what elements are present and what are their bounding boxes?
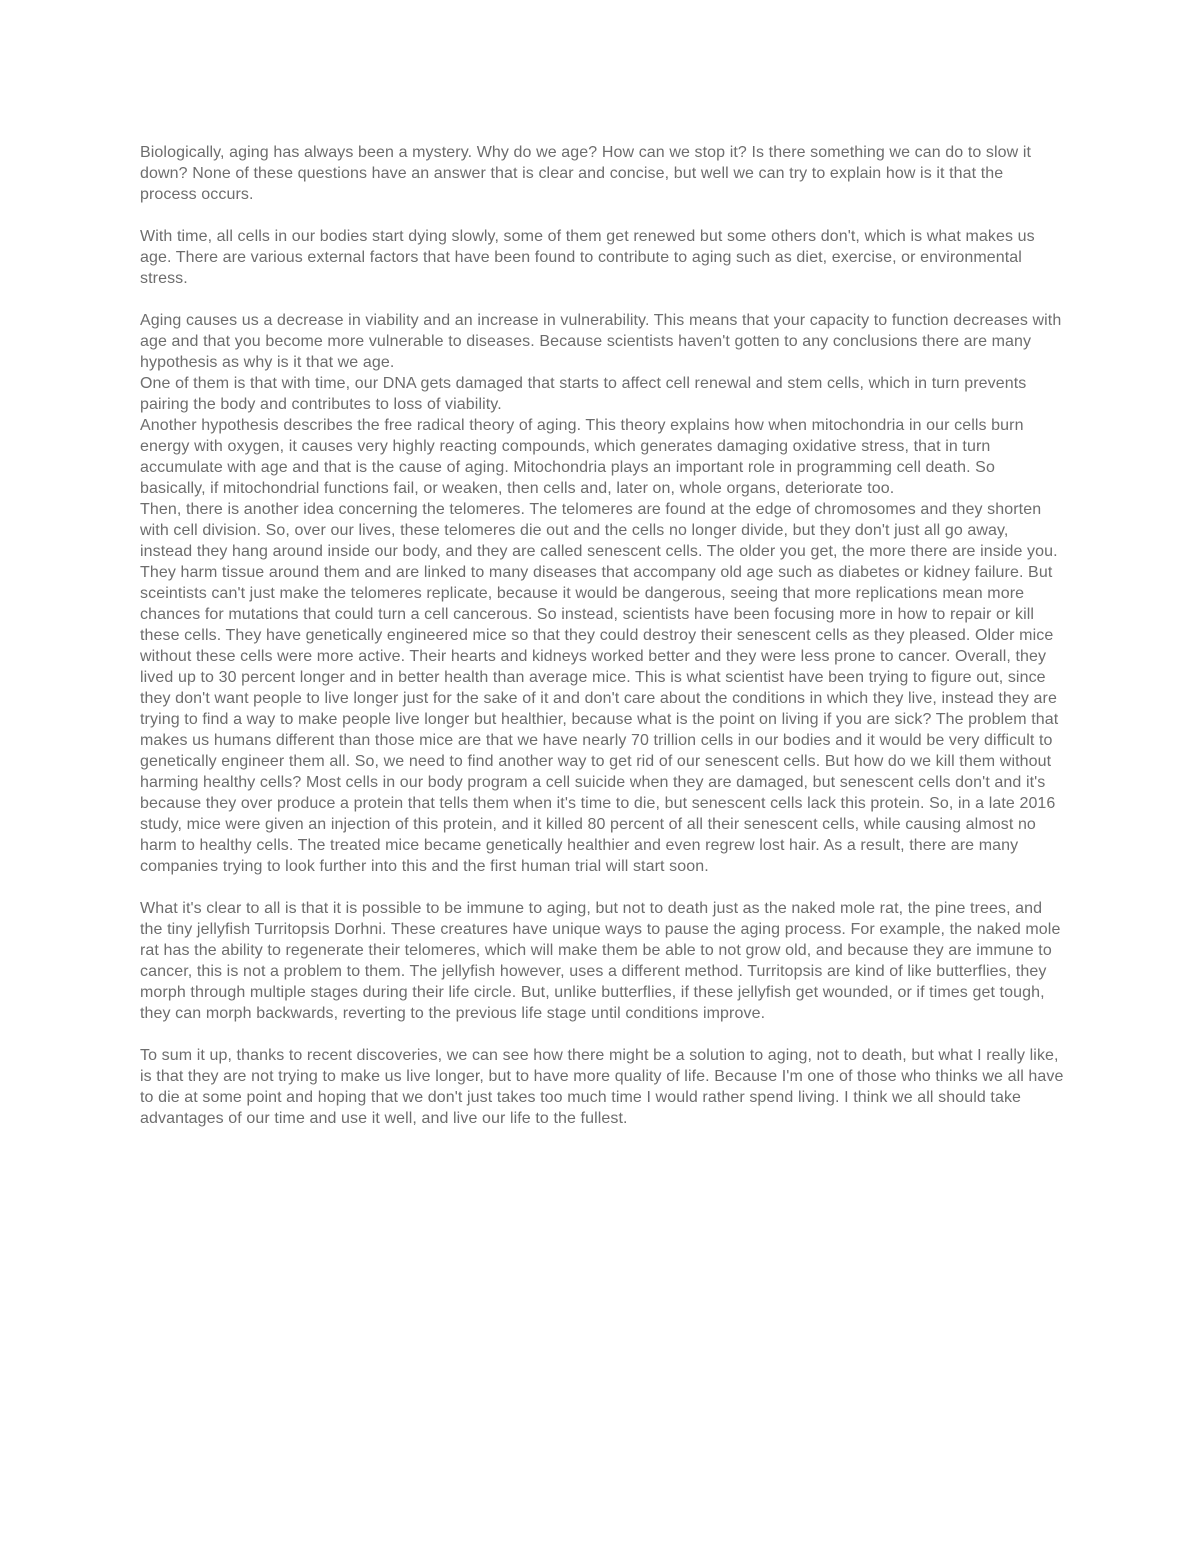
paragraph-telomeres: Then, there is another idea concerning t… [140, 499, 1064, 877]
document-page: Biologically, aging has always been a my… [0, 0, 1200, 1553]
paragraph-group-hypotheses: Aging causes us a decrease in viability … [140, 310, 1064, 877]
paragraph-viability: Aging causes us a decrease in viability … [140, 310, 1064, 373]
paragraph-free-radical: Another hypothesis describes the free ra… [140, 415, 1064, 499]
paragraph-immune-to-aging: What it's clear to all is that it is pos… [140, 898, 1064, 1024]
paragraph-dna-damage: One of them is that with time, our DNA g… [140, 373, 1064, 415]
essay-text: Biologically, aging has always been a my… [140, 142, 1064, 1129]
paragraph-conclusion: To sum it up, thanks to recent discoveri… [140, 1045, 1064, 1129]
paragraph-cells-dying: With time, all cells in our bodies start… [140, 226, 1064, 289]
paragraph-intro: Biologically, aging has always been a my… [140, 142, 1064, 205]
